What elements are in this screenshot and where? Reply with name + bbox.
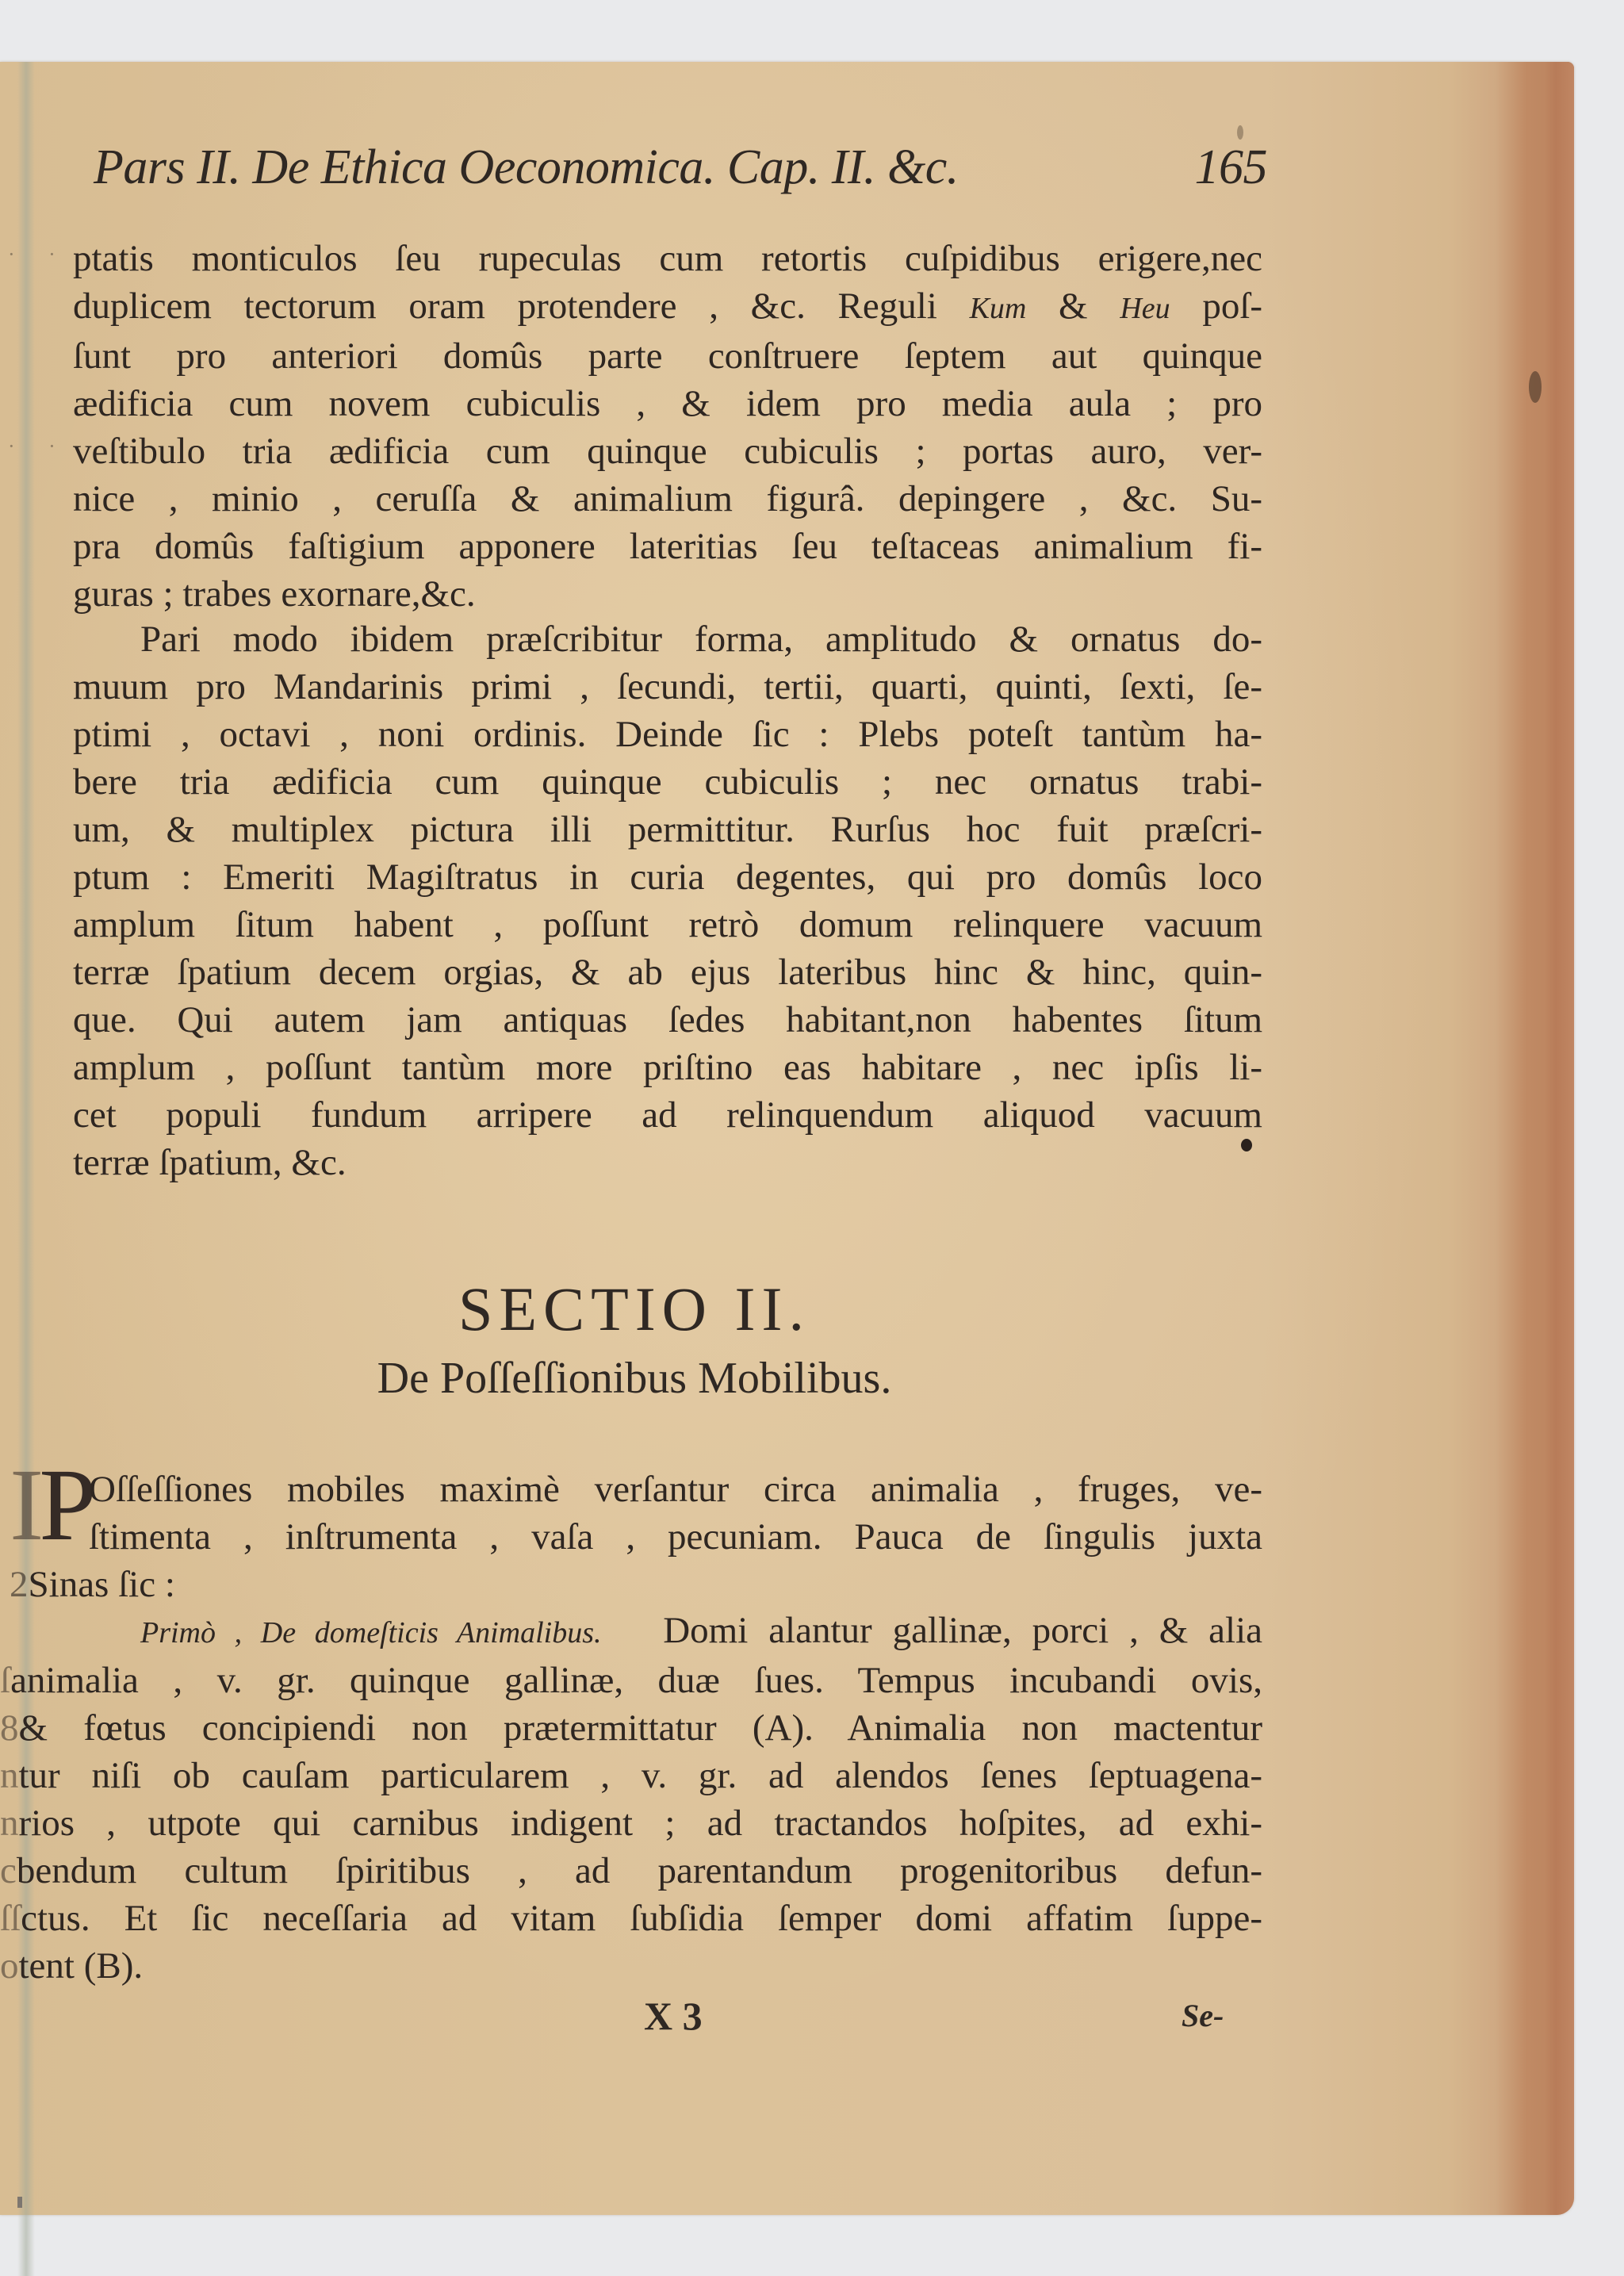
text-segment: duplicem tectorum oram protendere , &c. … — [73, 285, 937, 327]
bleed-char: 2 — [10, 1564, 29, 1605]
text-segment: rios , utpote qui carnibus indigent ; ad… — [19, 1803, 1263, 1844]
bleed-char: ſſ — [0, 1898, 21, 1939]
paragraph-2: Pari modo ibidem præſcribitur forma, amp… — [73, 615, 1262, 1186]
text-line: ptatis monticulos ſeu rupeculas cum reto… — [73, 235, 1262, 282]
italic-name-kum: Kum — [970, 292, 1027, 325]
margin-marks: · · — [8, 243, 70, 266]
signature-mark: X 3 — [644, 1993, 703, 2039]
running-head: Pars II. De Ethica Oeconomica. Cap. II. … — [94, 140, 1267, 196]
paragraph-3: Oſſeſſiones mobiles maximè verſantur cir… — [89, 1466, 1262, 1608]
text-line: ntur niſi ob cauſam particularem , v. gr… — [0, 1752, 1262, 1799]
text-segment: animalia , v. gr. quinque gallinæ, duæ ſ… — [10, 1660, 1262, 1701]
text-line: terræ ſpatium, &c. — [73, 1139, 1262, 1186]
text-segment: tur niſi ob cauſam particularem , v. gr.… — [19, 1755, 1263, 1796]
text-segment: Domi alantur gallinæ, porci , & alia — [663, 1610, 1262, 1651]
running-head-title: Pars II. De Ethica Oeconomica. Cap. II. … — [94, 140, 959, 194]
bleed-char: 8 — [0, 1707, 19, 1749]
text-line: ædificia cum novem cubiculis , & idem pr… — [73, 380, 1262, 427]
text-line: 8& fœtus concipiendi non prætermittatur … — [0, 1704, 1262, 1752]
paper-stain — [1237, 125, 1243, 140]
text-line: nice , minio , ceruſſa & animalium figur… — [73, 475, 1262, 523]
text-line: guras ; trabes exornare,&c. — [73, 570, 1262, 618]
text-line: 2Sinas ſic : — [10, 1561, 1262, 1608]
text-line: ſtimenta , inſtrumenta , vaſa , pecuniam… — [89, 1513, 1262, 1561]
bleed-char: n — [0, 1803, 19, 1844]
drop-cap-bleed: I — [10, 1448, 44, 1562]
italic-heading: Primò , De domeſticis Animalibus. — [140, 1616, 602, 1650]
bleed-char: o — [0, 1945, 19, 1987]
bleed-char: ſ — [0, 1660, 10, 1701]
text-line: cet populi fundum arripere ad relinquend… — [73, 1091, 1262, 1139]
book-page: Pars II. De Ethica Oeconomica. Cap. II. … — [0, 62, 1574, 2215]
text-line: terræ ſpatium decem orgias, & ab ejus la… — [73, 948, 1262, 996]
text-line: Oſſeſſiones mobiles maximè verſantur cir… — [89, 1466, 1262, 1513]
bleed-char: n — [0, 1755, 19, 1796]
bleed-char: c — [0, 1850, 17, 1891]
text-line: que. Qui autem jam antiquas ſedes habita… — [73, 996, 1262, 1044]
text-line: duplicem tectorum oram protendere , &c. … — [73, 282, 1262, 332]
text-line: pra domûs faſtigium apponere lateritias … — [73, 523, 1262, 570]
margin-marks: · · — [8, 435, 70, 458]
text-line: ſſctus. Et ſic neceſſaria ad vitam ſubſi… — [0, 1895, 1262, 1942]
text-line: amplum ſitum habent , poſſunt retrò domu… — [73, 901, 1262, 948]
paragraph-4: Primò , De domeſticis Animalibus. Domi a… — [0, 1607, 1262, 1990]
text-line: Primò , De domeſticis Animalibus. Domi a… — [0, 1607, 1262, 1657]
paper-stain — [1529, 371, 1542, 403]
catchword: Se- — [1182, 1997, 1224, 2034]
text-line: otent (B). — [0, 1942, 1262, 1990]
text-line: muum pro Mandarinis primi , ſecundi, ter… — [73, 663, 1262, 711]
text-segment: poſ- — [1170, 285, 1262, 327]
text-line: Pari modo ibidem præſcribitur forma, amp… — [73, 615, 1262, 663]
text-segment: Sinas ſic : — [29, 1564, 175, 1605]
text-segment: tent (B). — [19, 1945, 144, 1987]
text-line: ſunt pro anteriori domûs parte conſtruer… — [73, 332, 1262, 380]
ink-blot — [1241, 1139, 1252, 1151]
italic-name-heu: Heu — [1120, 292, 1170, 325]
text-line: ſanimalia , v. gr. quinque gallinæ, duæ … — [0, 1657, 1262, 1704]
text-line: bere tria ædificia cum quinque cubiculis… — [73, 758, 1262, 806]
text-segment: & fœtus concipiendi non prætermittatur (… — [19, 1707, 1263, 1749]
text-segment: & — [1026, 285, 1120, 327]
section-title: SECTIO II. — [0, 1274, 1269, 1345]
text-segment: ctus. Et ſic neceſſaria ad vitam ſubſidi… — [21, 1898, 1262, 1939]
drop-cap: IP — [10, 1462, 97, 1549]
section-subtitle: De Poſſeſſionibus Mobilibus. — [0, 1353, 1269, 1404]
text-line: nrios , utpote qui carnibus indigent ; a… — [0, 1799, 1262, 1847]
text-line: ptimi , octavi , noni ordinis. Deinde ſi… — [73, 711, 1262, 758]
text-line: ptum : Emeriti Magiſtratus in curia dege… — [73, 853, 1262, 901]
text-line: amplum , poſſunt tantùm more priſtino ea… — [73, 1044, 1262, 1091]
text-line: cbendum cultum ſpiritibus , ad parentand… — [0, 1847, 1262, 1895]
page-number: 165 — [1195, 140, 1268, 196]
scan-mark — [17, 2197, 22, 2208]
text-line: veſtibulo tria ædificia cum quinque cubi… — [73, 427, 1262, 475]
drop-cap-letter: P — [39, 1448, 96, 1562]
text-line: um, & multiplex pictura illi permittitur… — [73, 806, 1262, 853]
paragraph-1: ptatis monticulos ſeu rupeculas cum reto… — [73, 235, 1262, 618]
text-segment: bendum cultum ſpiritibus , ad parentandu… — [17, 1850, 1262, 1891]
page-fore-edge — [1544, 62, 1574, 2215]
